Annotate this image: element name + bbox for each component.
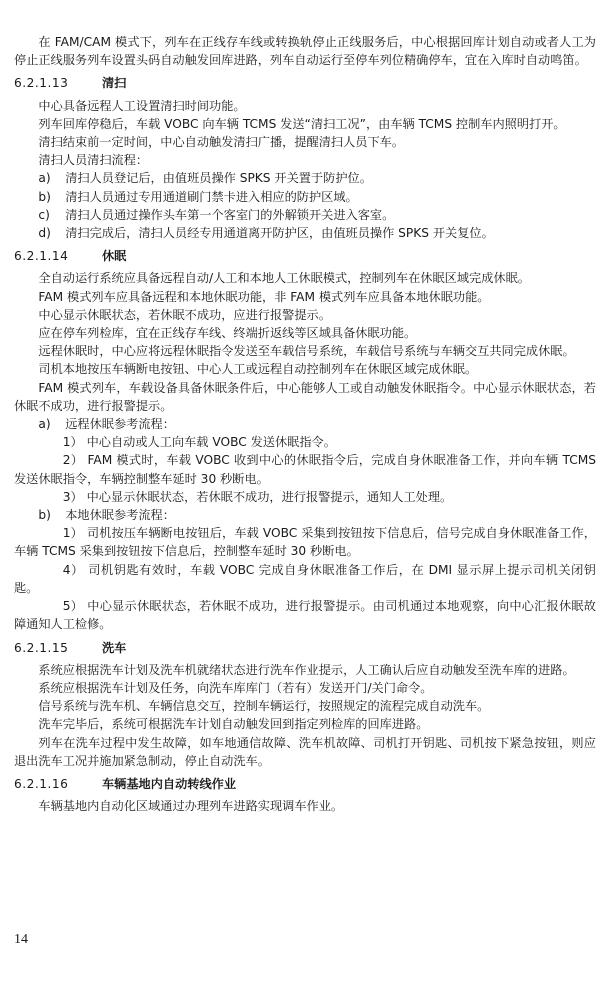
paragraph: FAM 模式列车，车载设备具备休眠条件后，中心能够人工或自动触发休眠指令。中心显… <box>14 379 596 415</box>
intro-paragraph: 在 FAM/CAM 模式下，列车在正线存车线或转换轨停止正线服务后，中心根据回库… <box>14 33 596 69</box>
step: 3） 中心显示休眠状态，若休眠不成功，进行报警提示，通知人工处理。 <box>14 488 596 506</box>
section-number: 6.2.1.16 <box>14 775 102 793</box>
section-number: 6.2.1.15 <box>14 639 102 657</box>
page-number: 14 <box>14 932 28 948</box>
paragraph: 列车回库停稳后，车载 VOBC 向车辆 TCMS 发送“清扫工况”，由车辆 TC… <box>14 115 596 133</box>
section-number: 6.2.1.13 <box>14 74 102 92</box>
paragraph: 清扫人员清扫流程： <box>14 151 596 169</box>
list-marker: c) <box>38 206 65 224</box>
section-heading-car-wash: 6.2.1.15 洗车 <box>14 639 596 657</box>
paragraph: 洗车完毕后，系统可根据洗车计划自动触发回到指定列检库的回库进路。 <box>14 715 596 733</box>
list-marker: b) <box>38 506 65 524</box>
list-item-local-hibernation: b)本地休眠参考流程： <box>14 506 596 524</box>
section-number: 6.2.1.14 <box>14 247 102 265</box>
paragraph: 信号系统与洗车机、车辆信息交互，控制车辆运行，按照规定的流程完成自动洗车。 <box>14 697 596 715</box>
paragraph: 中心具备远程人工设置清扫时间功能。 <box>14 97 596 115</box>
list-text: 清扫人员通过操作头车第一个客室门的外解锁开关进入客室。 <box>65 206 394 224</box>
list-item-remote-hibernation: a)远程休眠参考流程： <box>14 415 596 433</box>
step: 1） 司机按压车辆断电按钮后，车载 VOBC 采集到按钮按下信息后，信号完成自身… <box>14 524 596 560</box>
paragraph: 中心显示休眠状态，若休眠不成功，应进行报警提示。 <box>14 306 596 324</box>
paragraph: 列车在洗车过程中发生故障，如车地通信故障、洗车机故障、司机打开钥匙、司机按下紧急… <box>14 734 596 770</box>
step: 2） FAM 模式时，车载 VOBC 收到中心的休眠指令后，完成自身休眠准备工作… <box>14 451 596 487</box>
section-title: 休眠 <box>102 247 126 265</box>
section-title: 清扫 <box>102 74 126 92</box>
paragraph: 应在停车列检库，宜在正线存车线、终端折返线等区域具备休眠功能。 <box>14 324 596 342</box>
list-marker: a) <box>38 415 65 433</box>
paragraph: 全自动运行系统应具备远程自动/人工和本地人工休眠模式，控制列车在休眠区域完成休眠… <box>14 269 596 287</box>
list-text: 清扫人员登记后，由值班员操作 SPKS 开关置于防护位。 <box>65 169 372 187</box>
list-item: b)清扫人员通过专用通道刷门禁卡进入相应的防护区域。 <box>14 188 596 206</box>
paragraph: FAM 模式列车应具备远程和本地休眠功能，非 FAM 模式列车应具备本地休眠功能… <box>14 288 596 306</box>
list-text: 清扫人员通过专用通道刷门禁卡进入相应的防护区域。 <box>65 188 358 206</box>
paragraph: 清扫结束前一定时间，中心自动触发清扫广播，提醒清扫人员下车。 <box>14 133 596 151</box>
section-heading-auto-transfer: 6.2.1.16 车辆基地内自动转线作业 <box>14 775 596 793</box>
section-title: 洗车 <box>102 639 126 657</box>
list-marker: a) <box>38 169 65 187</box>
paragraph: 司机本地按压车辆断电按钮、中心人工或远程自动控制列车在休眠区域完成休眠。 <box>14 360 596 378</box>
step: 4） 司机钥匙有效时，车载 VOBC 完成自身休眠准备工作后，在 DMI 显示屏… <box>14 561 596 597</box>
section-title: 车辆基地内自动转线作业 <box>102 775 236 793</box>
list-marker: d) <box>38 224 65 242</box>
paragraph: 系统应根据洗车计划及洗车机就绪状态进行洗车作业提示，人工确认后应自动触发至洗车库… <box>14 661 596 679</box>
list-text: 本地休眠参考流程： <box>65 506 175 524</box>
step: 5） 中心显示休眠状态，若休眠不成功，进行报警提示。由司机通过本地观察，向中心汇… <box>14 597 596 633</box>
paragraph: 远程休眠时，中心应将远程休眠指令发送至车载信号系统，车载信号系统与车辆交互共同完… <box>14 342 596 360</box>
step: 1） 中心自动或人工向车载 VOBC 发送休眠指令。 <box>14 433 596 451</box>
section-heading-hibernation: 6.2.1.14 休眠 <box>14 247 596 265</box>
document-page: 在 FAM/CAM 模式下，列车在正线存车线或转换轨停止正线服务后，中心根据回库… <box>14 33 596 815</box>
list-text: 远程休眠参考流程： <box>65 415 175 433</box>
paragraph: 系统应根据洗车计划及任务，向洗车库库门（若有）发送开门/关门命令。 <box>14 679 596 697</box>
list-text: 清扫完成后，清扫人员经专用通道离开防护区，由值班员操作 SPKS 开关复位。 <box>65 224 494 242</box>
paragraph: 车辆基地内自动化区域通过办理列车进路实现调车作业。 <box>14 797 596 815</box>
list-item: d)清扫完成后，清扫人员经专用通道离开防护区，由值班员操作 SPKS 开关复位。 <box>14 224 596 242</box>
list-item: c)清扫人员通过操作头车第一个客室门的外解锁开关进入客室。 <box>14 206 596 224</box>
section-heading-cleaning: 6.2.1.13 清扫 <box>14 74 596 92</box>
list-item: a)清扫人员登记后，由值班员操作 SPKS 开关置于防护位。 <box>14 169 596 187</box>
list-marker: b) <box>38 188 65 206</box>
